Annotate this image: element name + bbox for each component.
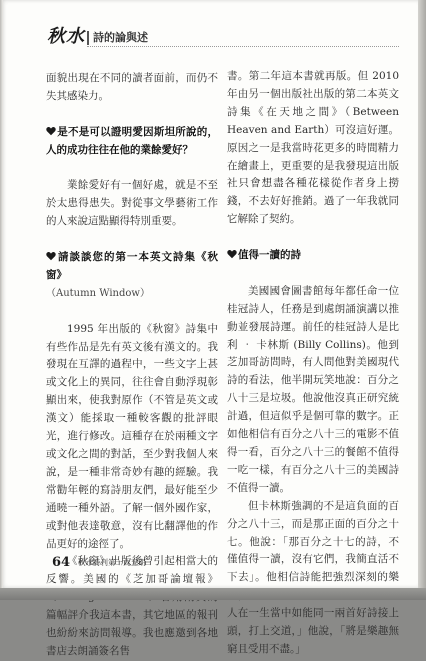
heading-text: 值得一讀的詩 bbox=[238, 249, 301, 261]
page-left-edge bbox=[0, 0, 3, 588]
question-heading: 是不是可以證明愛因斯坦所說的，人的成功往往在他的業餘愛好？ bbox=[46, 124, 218, 160]
heart-icon bbox=[46, 251, 56, 261]
header-divider-bar bbox=[87, 31, 89, 45]
left-column: 面貌出現在不同的讀者面前，而仍不失其感染力。 是不是可以證明愛因斯坦所說的，人的… bbox=[46, 70, 218, 600]
paragraph: 業餘愛好有一個好處，就是不至於太患得患失。對從事文學藝術工作的人來說這點顯得特別… bbox=[46, 177, 218, 231]
page-right-edge bbox=[418, 0, 426, 600]
question-text: 是不是可以證明愛因斯坦所說的，人的成功往往在他的業餘愛好？ bbox=[46, 126, 218, 156]
question-text: 請談談您的第一本英文詩集《秋窗》 bbox=[46, 251, 218, 281]
right-column: 書。第二年這本書就再版。但 2010 年由另一個出版社出版的第二本英文詩集《在天… bbox=[227, 68, 399, 600]
page-header: 秋水 詩的論與述 bbox=[47, 26, 407, 48]
paragraph: 美國國會圖書館每年都任命一位桂冠詩人，任務是到處朗誦演講以推動並發展詩運。前任的… bbox=[227, 283, 399, 498]
english-title: （Autumn Window） bbox=[46, 285, 218, 303]
heart-icon bbox=[46, 126, 56, 136]
magazine-page: 秋水 詩的論與述 面貌出現在不同的讀者面前，而仍不失其感染力。 是不是可以證明愛… bbox=[0, 0, 418, 588]
question-heading: 請談談您的第一本英文詩集《秋窗》 bbox=[46, 249, 218, 285]
issue-label: 秋水詩刊第一九五期 bbox=[78, 557, 146, 569]
paragraph: 書。第二年這本書就再版。但 2010 年由另一個出版社出版的第二本英文詩集《在天… bbox=[227, 68, 399, 229]
paragraph: 但卡林斯強調的不是這負面的百分之八十三，而是那正面的百分之十七。他說：「那百分之… bbox=[227, 498, 399, 600]
section-heading: 值得一讀的詩 bbox=[227, 247, 399, 265]
paragraph: 面貌出現在不同的讀者面前，而仍不失其感染力。 bbox=[46, 70, 218, 106]
header-rule bbox=[87, 46, 399, 47]
page-bottom-edge bbox=[0, 588, 426, 600]
section-title: 詩的論與述 bbox=[93, 30, 148, 46]
page-number: 64 bbox=[52, 555, 70, 571]
brand-logo: 秋水 bbox=[47, 26, 85, 48]
paragraph: 1995 年出版的《秋窗》詩集中有些作品是先有英文後有漢文的。我發現在互譯的過程… bbox=[46, 321, 218, 554]
heart-icon bbox=[227, 249, 237, 259]
